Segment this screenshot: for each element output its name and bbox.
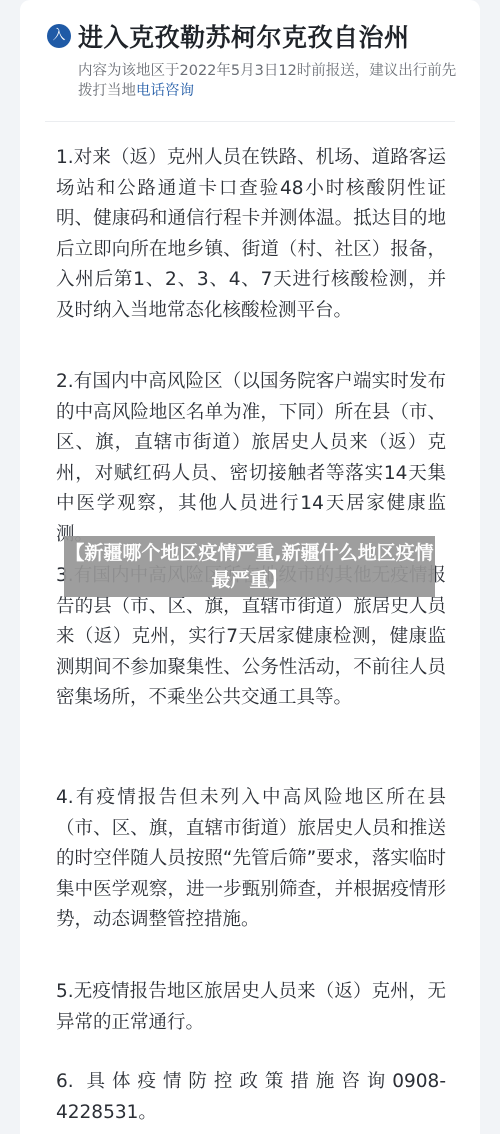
policy-item-2: 2.有国内中高风险区（以国务院客户端实时发布的中高风险地区名单为准，下同）所在县… (56, 367, 446, 550)
report-note: 内容为该地区于2022年5月3日12时前报送，建议出行前先拨打当地电话咨询 (78, 61, 458, 101)
phone-consult-link[interactable]: 电话咨询 (136, 83, 194, 99)
policy-item-1: 1.对来（返）克州人员在铁路、机场、道路客运场站和公路通道卡口查验48小时核酸阴… (56, 143, 446, 326)
report-note-text: 内容为该地区于2022年5月3日12时前报送，建议出行前先拨打当地 (78, 63, 456, 99)
header-divider (45, 121, 455, 122)
policy-item-6: 6. 具体疫情防控政策措施咨询0908-4228531。 (56, 1067, 446, 1128)
policy-item-5: 5.无疫情报告地区旅居史人员来（返）克州，无异常的正常通行。 (56, 977, 446, 1038)
page-title: 进入克孜勒苏柯尔克孜自治州 (78, 18, 410, 54)
overlay-title-banner: 【新疆哪个地区疫情严重,新疆什么地区疫情最严重】 (64, 536, 435, 597)
policy-item-4: 4.有疫情报告但未列入中高风险地区所在县（市、区、旗，直辖市街道）旅居史人员和推… (56, 783, 446, 936)
enter-icon: 入 (47, 24, 71, 48)
